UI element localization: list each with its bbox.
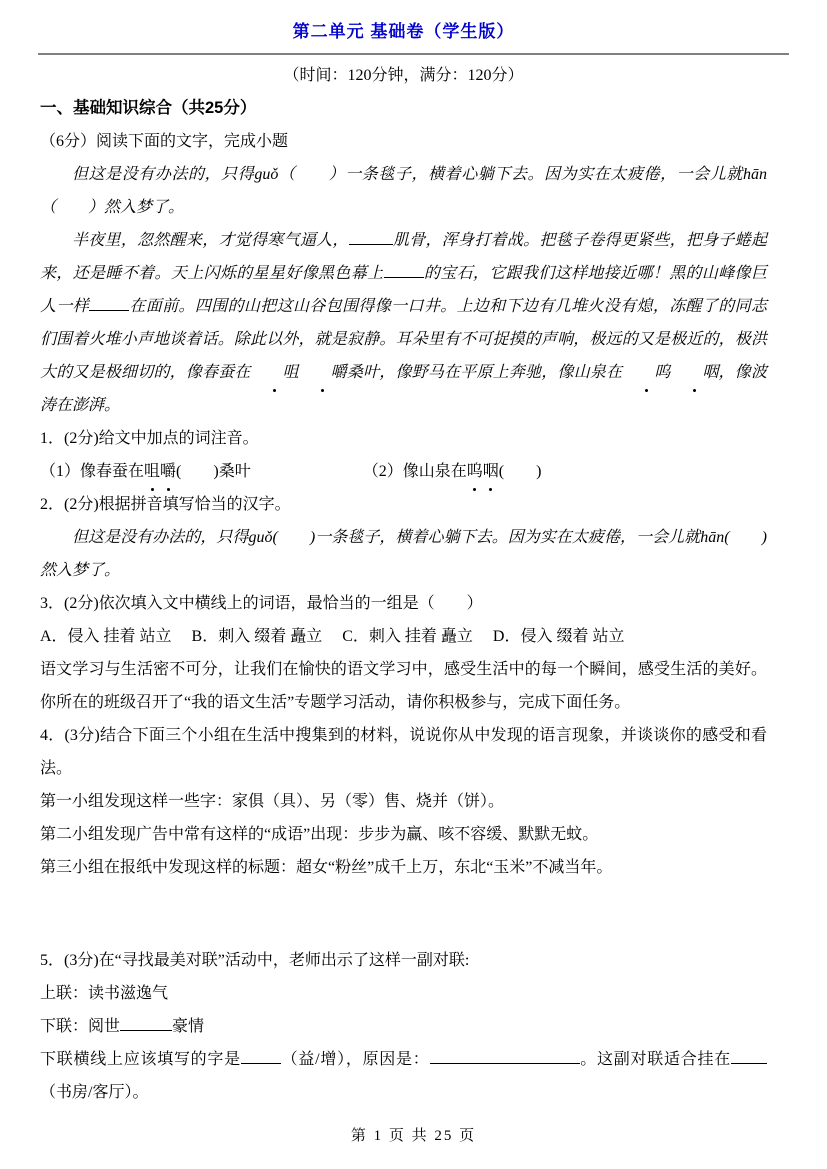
page-content: 第二单元 基础卷（学生版） （时间：120分钟，满分：120分）一、基础知识综合… (0, 0, 827, 1109)
question-2-passage: 但这是没有办法的，只得guǒ( )一条毯子，横着心躺下去。因为实在太疲倦，一会儿… (40, 521, 767, 587)
exam-meta-line: （时间：120分钟，满分：120分） (40, 59, 767, 92)
emphasized-char: 嚼 (160, 455, 176, 488)
question-1: 1．(2分)给文中加点的词注音。 (40, 422, 767, 455)
answer-blank (241, 1049, 281, 1064)
couplet-upper: 上联：读书滋逸气 (40, 977, 767, 1010)
reading-prompt: （6分）阅读下面的文字，完成小题 (40, 125, 767, 158)
answer-blank (89, 296, 129, 311)
emphasized-char: 呜 (622, 356, 670, 389)
answer-blank (430, 1049, 580, 1064)
question-3-options: A．侵入 挂着 站立 B．刺入 缀着 矗立 C．刺入 挂着 矗立 D．侵入 缀着… (40, 620, 767, 653)
passage-para-2: 半夜里，忽然醒来，才觉得寒气逼人，肌骨，浑身打着战。把毯子卷得更紧些，把身子蜷起… (40, 224, 767, 422)
group-3-finding: 第三小组在报纸中发现这样的标题：超女“粉丝”成千上万，东北“玉米”不减当年。 (40, 851, 767, 884)
answer-blank (120, 1016, 172, 1031)
title-rule (38, 53, 789, 55)
page-footer: 第 1 页 共 25 页 (0, 1124, 827, 1145)
emphasized-char: 嚼 (299, 356, 347, 389)
answer-blank (384, 263, 424, 278)
question-5-blanks: 下联横线上应该填写的字是（益/增），原因是：。这副对联适合挂在（书房/客厅）。 (40, 1043, 767, 1109)
emphasized-char: 咽 (670, 356, 718, 389)
question-2: 2．(2分)根据拼音填写恰当的汉字。 (40, 488, 767, 521)
emphasized-char: 咀 (144, 455, 160, 488)
page-title: 第二单元 基础卷（学生版） (40, 16, 767, 44)
section-1-heading: 一、基础知识综合（共25分） (40, 92, 767, 125)
answer-blank (731, 1049, 767, 1064)
question-1-items: （1）像春蚕在咀嚼( )桑叶（2）像山泉在呜咽( ) (40, 455, 767, 488)
horizontal-space (251, 475, 363, 476)
emphasized-char: 呜 (467, 455, 483, 488)
group-2-finding: 第二小组发现广告中常有这样的“成语”出现：步步为赢、咳不容缓、默默无蚊。 (40, 818, 767, 851)
group-1-finding: 第一小组发现这样一些字：家俱（具）、另（零）售、烧并（饼）。 (40, 785, 767, 818)
exam-page: 第二单元 基础卷（学生版） （时间：120分钟，满分：120分）一、基础知识综合… (0, 0, 827, 1169)
blank-space (40, 884, 767, 944)
document-body: （时间：120分钟，满分：120分）一、基础知识综合（共25分）（6分）阅读下面… (40, 59, 767, 1109)
emphasized-char: 咽 (483, 455, 499, 488)
couplet-lower: 下联：阅世豪情 (40, 1010, 767, 1043)
question-3: 3．(2分)依次填入文中横线上的词语，最恰当的一组是（ ） (40, 587, 767, 620)
emphasized-char: 咀 (251, 356, 299, 389)
answer-blank (349, 230, 393, 245)
question-5: 5．(3分)在“寻找最美对联”活动中，老师出示了这样一副对联: (40, 944, 767, 977)
passage-para-1: 但这是没有办法的，只得guǒ（ ）一条毯子，横着心躺下去。因为实在太疲倦，一会儿… (40, 158, 767, 224)
question-4: 4．(3分)结合下面三个小组在生活中搜集到的材料，说说你从中发现的语言现象，并谈… (40, 719, 767, 785)
activity-intro: 语文学习与生活密不可分，让我们在愉快的语文学习中，感受生活中的每一个瞬间，感受生… (40, 653, 767, 719)
